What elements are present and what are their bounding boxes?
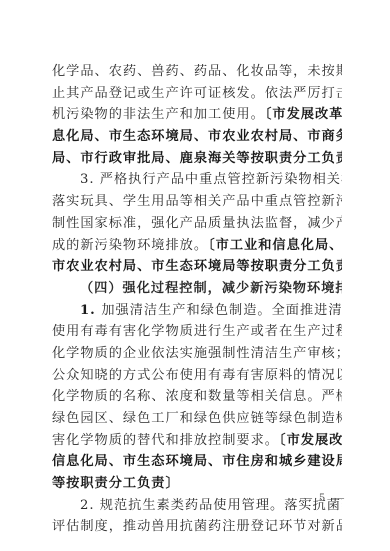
text-line-9: 成的新污染物环境排放。〔市工业和信息化局、市市场监管局、 xyxy=(52,235,342,257)
responsible-departments: 〔市工业和信息化局、市市场监管局、 xyxy=(208,238,342,253)
responsible-departments: 〔市发展改革委、市工业和信 xyxy=(265,107,342,122)
text-line-8: 制性国家标准，强化产品质量执法监督，减少产品消费过程中造 xyxy=(52,213,342,235)
text-line-19: 信息化局、市生态环境局、市住房和城乡建设局、市市场监管局 xyxy=(52,451,342,473)
text-line-21: 2. 规范抗生素类药品使用管理。落实抗菌药物环境危害性 xyxy=(52,495,342,517)
section-heading: （四）强化过程控制，减少新污染物环境排放 xyxy=(52,278,342,300)
text-line-3: 机污染物的非法生产和加工使用。〔市发展改革委、市工业和信 xyxy=(52,104,342,126)
text-line-20: 等按职责分工负责〕 xyxy=(52,473,342,495)
body-text: 化学品、农药、兽药、药品、化妆品等，未按期淘汰的，依法停 止其产品登记或生产许可… xyxy=(52,61,342,538)
responsible-departments: 局、市行政审批局、鹿泉海关等按职责分工负责〕 xyxy=(52,151,342,166)
responsible-departments: 〔市发展改革委、市工业和 xyxy=(279,433,342,448)
text-line-2: 止其产品登记或生产许可证核发。依法严厉打击已淘汰持久性有 xyxy=(52,83,342,105)
text-line-4: 息化局、市生态环境局、市农业农村局、市商务局、市市场监管 xyxy=(52,126,342,148)
text-line-22: 评估制度，推动兽用抗菌药注册登记环节对新品种开展抗菌药物 xyxy=(52,516,342,538)
text-line-12: 1. 加强清洁生产和绿色制造。全面推进清洁生产改造，对 xyxy=(52,300,342,322)
text-line-5: 局、市行政审批局、鹿泉海关等按职责分工负责〕 xyxy=(52,148,342,170)
text-line-17: 绿色园区、绿色工厂和绿色供应链等绿色制造标准体系对有毒有 xyxy=(52,408,342,430)
text-line-15: 公众知晓的方式公布使用有毒有害原料的情况以及排放有毒有害 xyxy=(52,365,342,387)
text-line-1: 化学品、农药、兽药、药品、化妆品等，未按期淘汰的，依法停 xyxy=(52,61,342,83)
item-number: 1. xyxy=(80,303,101,318)
text-line-7: 落实玩具、学生用品等相关产品中重点管控新污染物含量控制强 xyxy=(52,191,342,213)
document-page: 化学品、农药、兽药、药品、化妆品等，未按期淘汰的，依法停 止其产品登记或生产许可… xyxy=(0,0,390,551)
text-line-14: 化学物质的企业依法实施强制性清洁生产审核；企业应采取便于 xyxy=(52,343,342,365)
text-line-10: 市农业农村局、市生态环境局等按职责分工负责〕 xyxy=(52,256,342,278)
text-line-16: 化学物质的名称、浓度和数量等相关信息。严格落实绿色产品、 xyxy=(52,386,342,408)
responsible-departments: 市农业农村局、市生态环境局等按职责分工负责〕 xyxy=(52,259,342,274)
responsible-departments: 等按职责分工负责〕 xyxy=(52,476,180,491)
text-line-18: 害化学物质的替代和排放控制要求。〔市发展改革委、市工业和 xyxy=(52,430,342,452)
text-line-13: 使用有毒有害化学物质进行生产或者在生产过程中排放有毒有害 xyxy=(52,321,342,343)
page-number: — 5 — xyxy=(300,490,346,505)
responsible-departments: 息化局、市生态环境局、市农业农村局、市商务局、市市场监管 xyxy=(52,129,342,144)
responsible-departments: 信息化局、市生态环境局、市住房和城乡建设局、市市场监管局 xyxy=(52,454,342,469)
text-line-6: 3. 严格执行产品中重点管控新污染物相关标准。严格监督 xyxy=(52,169,342,191)
